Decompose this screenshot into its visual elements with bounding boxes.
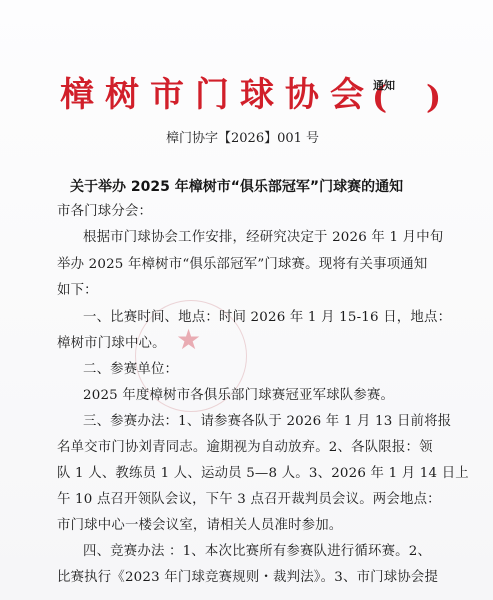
masthead: 樟树市门球协会 ( 通知 ): [60, 73, 375, 117]
star-icon: ★: [176, 323, 201, 356]
body-line: 队 1 人、教练员 1 人、运动员 5—8 人。3、2026 年 1 月 14 …: [57, 462, 469, 481]
body-line: 市门球中心一楼会议室，请相关人员准时参加。: [57, 514, 342, 533]
doc-type-label: 通知: [373, 77, 395, 93]
notice-heading: 关于举办 2025 年樟树市“俱乐部冠军”门球赛的通知: [70, 176, 403, 196]
body-line: 樟树市门球中心。: [57, 332, 166, 351]
body-line: 举办 2025 年樟树市“俱乐部冠军”门球赛。现将有关事项通知: [57, 253, 427, 272]
document-number: 樟门协字【2026】001 号: [166, 127, 319, 146]
body-line: 根据市门球协会工作安排，经研究决定于 2026 年 1 月中旬: [83, 226, 443, 245]
body-line: 比赛执行《2023 年门球竞赛规则・裁判法》。3、市门球协会提: [57, 566, 438, 585]
section-4-competition-method: 四、竞赛办法 ：1、本次比赛所有参赛队进行循环赛。2、: [83, 540, 431, 559]
org-title: 樟树市门球协会: [60, 73, 375, 117]
section-3-entry-method: 三、参赛办法：1、请参赛各队于 2026 年 1 月 13 日前将报: [83, 410, 451, 429]
section-2-participants: 二、参赛单位：: [83, 358, 178, 377]
body-line: 名单交市门协刘青同志。逾期视为自动放弃。2、各队限报：领: [57, 436, 433, 455]
body-line: 午 10 点召开领队会议，下午 3 点召开裁判员会议。两会地点：: [57, 488, 441, 507]
document-page: 樟树市门球协会 ( 通知 ) 樟门协字【2026】001 号 关于举办 2025…: [0, 0, 493, 600]
salutation: 市各门球分会：: [57, 200, 152, 219]
section-1-time-location: 一、比赛时间、地点：时间 2026 年 1 月 15-16 日，地点：: [83, 306, 451, 325]
body-line: 2025 年度樟树市各俱乐部门球赛冠亚军球队参赛。: [83, 384, 394, 403]
paren-close: ): [426, 75, 441, 119]
body-line: 如下：: [57, 279, 98, 298]
